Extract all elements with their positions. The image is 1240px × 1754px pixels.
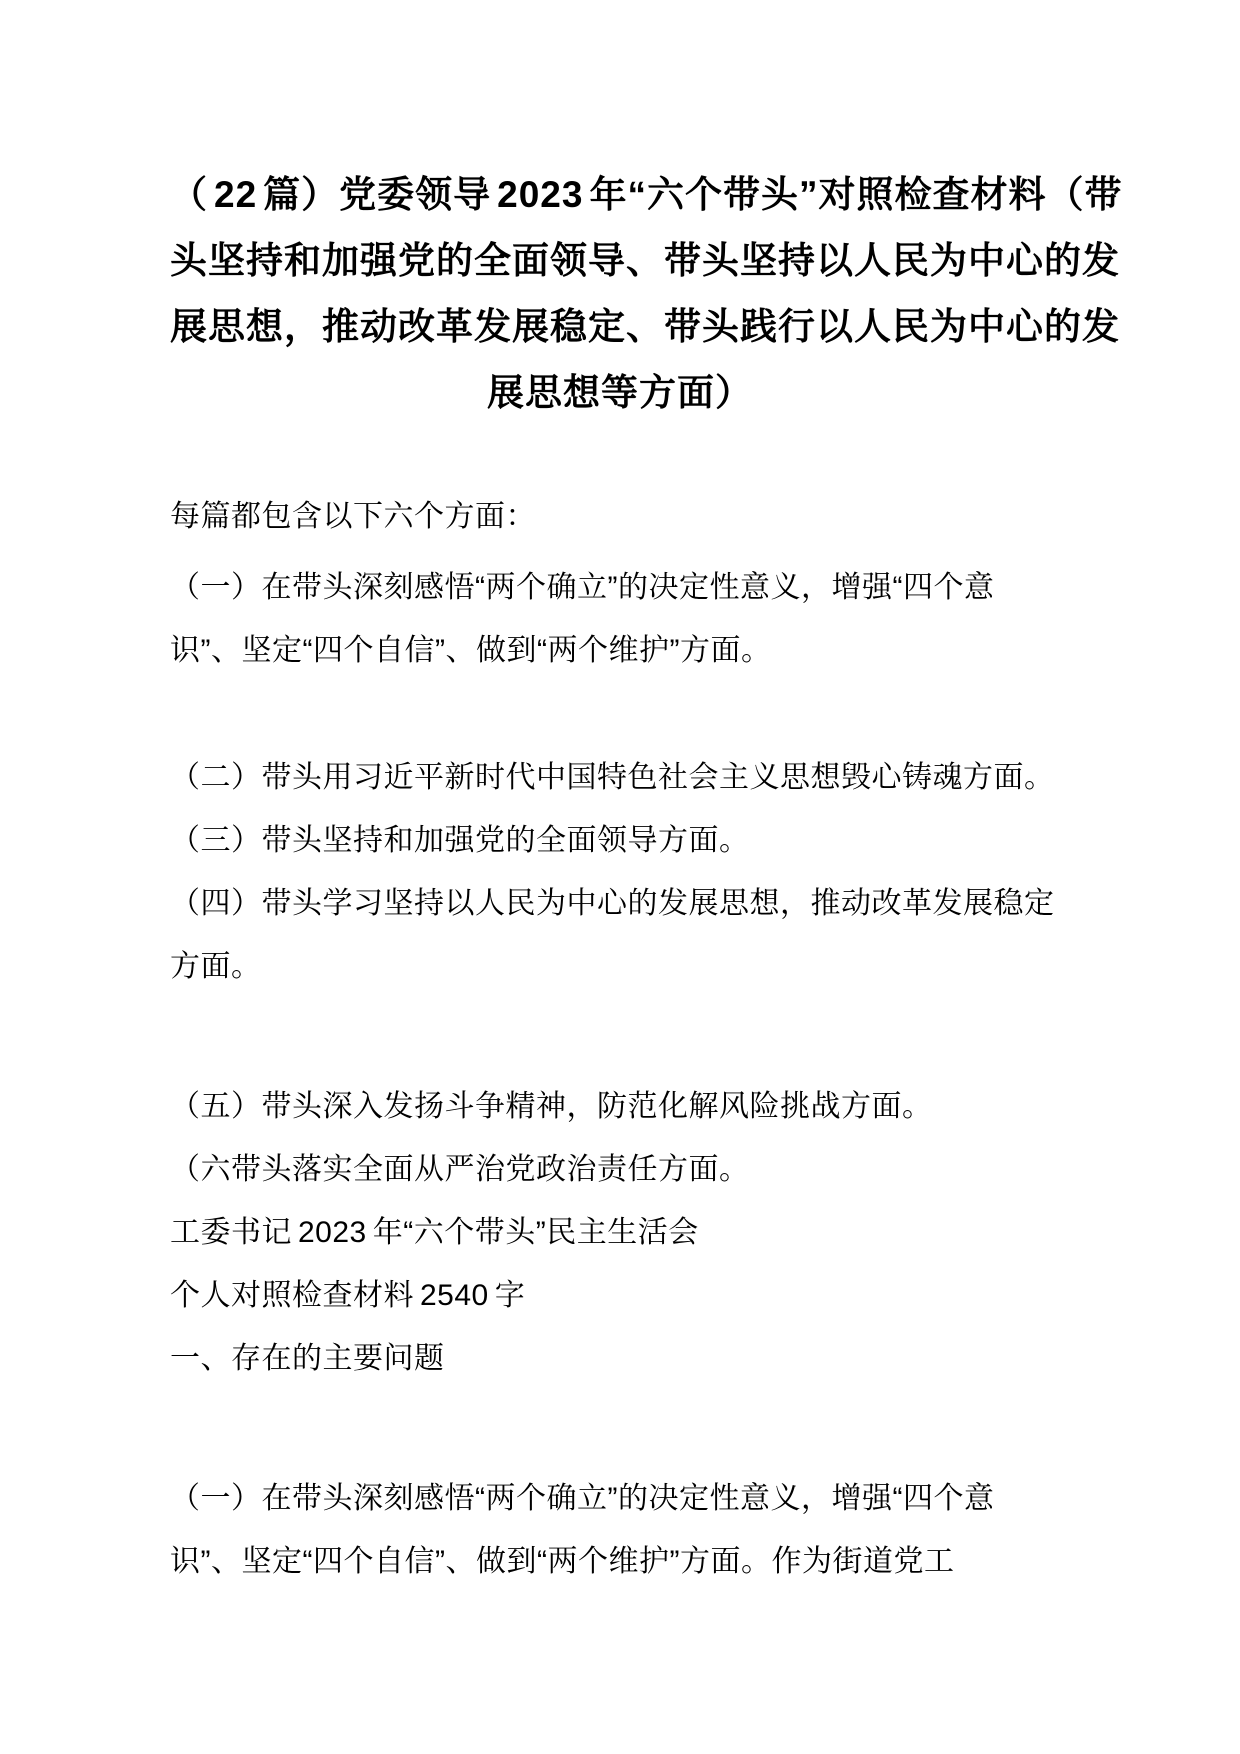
title-line: （22篇）党委领导2023年“六个带头”对照检查材料（带 bbox=[170, 162, 1070, 228]
body-line: （一）在带头深刻感悟“两个确立”的决定性意义，增强“四个意 bbox=[170, 1467, 1070, 1530]
body-line: 识”、坚定“四个自信”、做到“两个维护”方面。 bbox=[170, 619, 1070, 682]
body-line: （二）带头用习近平新时代中国特色社会主义思想毁心铸魂方面。 bbox=[170, 746, 1070, 809]
body-line: 一、存在的主要问题 bbox=[170, 1327, 1070, 1390]
numeral: 22 bbox=[214, 174, 257, 215]
title-line: 头坚持和加强党的全面领导、带头坚持以人民为中心的发 bbox=[170, 228, 1070, 294]
body-line: 工委书记2023年“六个带头”民主生活会 bbox=[170, 1201, 1070, 1264]
document-body: 每篇都包含以下六个方面： （一）在带头深刻感悟“两个确立”的决定性意义，增强“四… bbox=[170, 485, 1070, 1593]
body-line: （四）带头学习坚持以人民为中心的发展思想，推动改革发展稳定 bbox=[170, 872, 1070, 935]
document-page: （22篇）党委领导2023年“六个带头”对照检查材料（带 头坚持和加强党的全面领… bbox=[0, 0, 1240, 1754]
numeral: 2540 bbox=[420, 1279, 489, 1312]
title-line: 展思想，推动改革发展稳定、带头践行以人民为中心的发 bbox=[170, 294, 1070, 360]
body-line: 识”、坚定“四个自信”、做到“两个维护”方面。作为街道党工 bbox=[170, 1530, 1070, 1593]
body-line: 个人对照检查材料2540字 bbox=[170, 1264, 1070, 1327]
numeral: 2023 bbox=[298, 1216, 367, 1249]
paragraph-spacer bbox=[170, 998, 1070, 1075]
body-line: （三）带头坚持和加强党的全面领导方面。 bbox=[170, 809, 1070, 872]
paragraph-spacer bbox=[170, 1390, 1070, 1467]
document-content: （22篇）党委领导2023年“六个带头”对照检查材料（带 头坚持和加强党的全面领… bbox=[170, 162, 1070, 1593]
body-line: （五）带头深入发扬斗争精神，防范化解风险挑战方面。 bbox=[170, 1075, 1070, 1138]
paragraph-spacer bbox=[170, 682, 1070, 746]
document-title: （22篇）党委领导2023年“六个带头”对照检查材料（带 头坚持和加强党的全面领… bbox=[170, 162, 1070, 426]
body-line: （一）在带头深刻感悟“两个确立”的决定性意义，增强“四个意 bbox=[170, 556, 1070, 619]
numeral: 2023 bbox=[497, 174, 583, 215]
body-line: （六带头落实全面从严治党政治责任方面。 bbox=[170, 1138, 1070, 1201]
title-line: 展思想等方面） bbox=[170, 360, 1070, 426]
body-line: 方面。 bbox=[170, 935, 1070, 998]
body-line: 每篇都包含以下六个方面： bbox=[170, 485, 1070, 548]
